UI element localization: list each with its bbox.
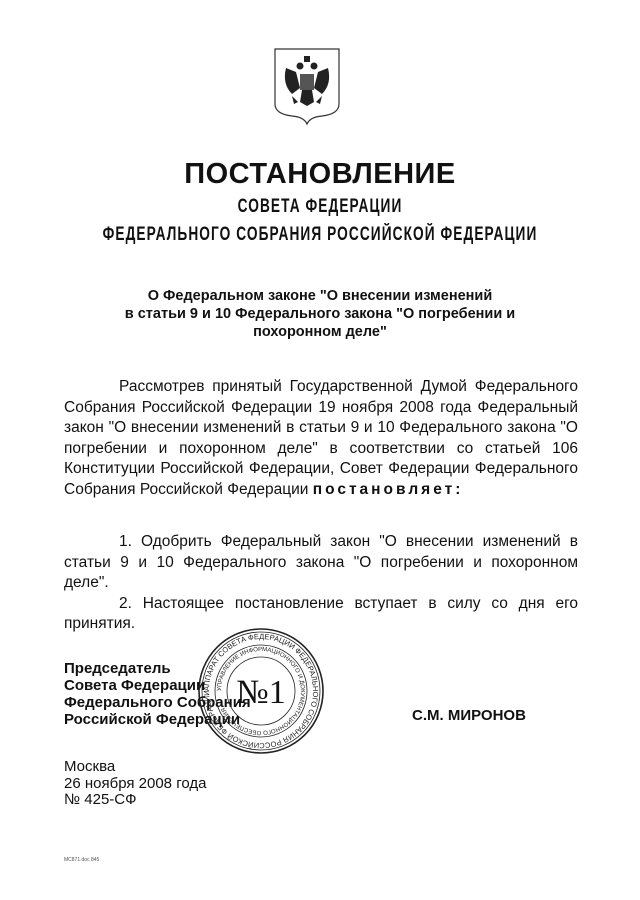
coat-of-arms-emblem bbox=[272, 46, 342, 126]
official-seal: АППАРАТ СОВЕТА ФЕДЕРАЦИИ ФЕДЕРАЛЬНОГО СО… bbox=[197, 627, 325, 755]
issue-details: Москва 26 ноября 2008 года № 425-СФ bbox=[64, 759, 206, 809]
file-code: МС871.doc 845 bbox=[64, 857, 99, 863]
issue-date: 26 ноября 2008 года bbox=[64, 776, 206, 793]
decree-word: постановляет: bbox=[313, 481, 464, 498]
preamble-paragraph: Рассмотрев принятый Государственной Думо… bbox=[64, 377, 578, 500]
resolution-items: 1. Одобрить Федеральный закон "О внесени… bbox=[64, 532, 578, 635]
subject-line: в статьи 9 и 10 Федерального закона "О п… bbox=[100, 305, 540, 323]
seal-number: №1 bbox=[236, 674, 285, 711]
issuer-line-1: СОВЕТА ФЕДЕРАЦИИ bbox=[90, 196, 551, 218]
issuer-line-2: ФЕДЕРАЛЬНОГО СОБРАНИЯ РОССИЙСКОЙ ФЕДЕРАЦ… bbox=[90, 224, 551, 246]
document-subject: О Федеральном законе "О внесении изменен… bbox=[100, 287, 540, 341]
document-title: ПОСТАНОВЛЕНИЕ bbox=[0, 158, 640, 191]
resolution-item: 1. Одобрить Федеральный закон "О внесени… bbox=[64, 532, 578, 594]
subject-line: похоронном деле" bbox=[100, 323, 540, 341]
document-number: № 425-СФ bbox=[64, 792, 206, 809]
signatory-name: С.М. МИРОНОВ bbox=[412, 707, 526, 724]
subject-line: О Федеральном законе "О внесении изменен… bbox=[100, 287, 540, 305]
issue-place: Москва bbox=[64, 759, 206, 776]
